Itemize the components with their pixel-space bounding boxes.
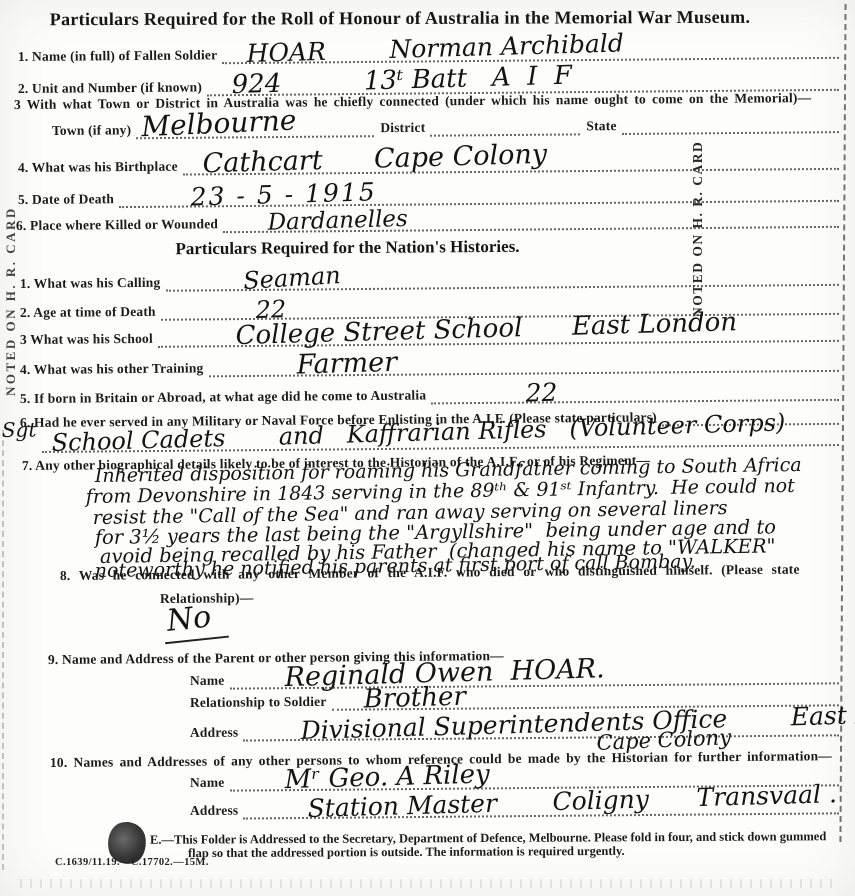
district-label: District [380,120,425,137]
dotted-line: School Cadets and Kaffrarian Rifles (Vol… [42,418,839,453]
handwritten-value: Mʳ Geo. A Riley [284,761,490,793]
dotted-line: College Street School East London [158,318,839,348]
town-district-state-row: Town (if any) Melbourne District State [52,111,839,140]
dotted-line: 23 - 5 - 1915 [119,178,839,208]
dotted-line: Dardanelles [223,204,839,233]
field-label: 2. Age at time of Death [20,304,156,322]
field-other-training: 4. What was his other Training Farmer [20,350,839,379]
dotted-line: Divisional Superintendents Office East L… [243,712,839,741]
handwritten-value: Dardanelles [268,208,409,235]
handwritten-value: Farmer [296,349,397,379]
field-label: 4. What was his other Training [20,361,204,379]
dotted-line [621,109,838,135]
scan-noise [20,879,835,888]
field-label: 5. If born in Britain or Abroad, at what… [20,388,426,408]
handwritten-value: 22 [526,380,558,406]
handwritten-margin-note: Sgt [2,419,37,440]
form-title: Particulars Required for the Roll of Hon… [0,7,800,31]
address-label: Address [190,803,239,820]
handwritten-value: 22 [255,297,286,322]
field-school: 3 What was his School College Street Sch… [20,320,839,349]
left-margin-note: NOTED ON H. R. CARD [3,128,19,396]
handwritten-value: Brother [363,684,466,713]
dotted-line: Farmer [208,348,839,378]
handwritten-value: 23 - 5 - 1915 [191,179,378,209]
field-label: 1. What was his Calling [20,275,161,293]
relationship-label: Relationship to Soldier [190,694,327,712]
handwritten-value: Seaman [242,263,341,293]
state-label: State [586,118,616,135]
prior-service-answer-row: School Cadets and Kaffrarian Rifles (Vol… [42,420,839,453]
address-label: Address [190,725,239,742]
footer-note-line-2: flap so that the addressed portion is ou… [188,844,625,861]
handwritten-no-answer: No [161,598,229,645]
name-label: Name [190,775,225,792]
field-label: 6. Place where Killed or Wounded [16,216,218,235]
field-fallen-soldier-name: 1. Name (in full) of Fallen Soldier HOAR… [18,37,839,66]
dotted-line: HOAR Norman Archibald [222,35,839,64]
field-place-killed: 6. Place where Killed or Wounded Dardane… [16,206,839,235]
dotted-line: Cathcart Cape Colony [183,146,839,176]
town-label: Town (if any) [52,122,132,140]
dotted-line: Station Master Coligny Transvaal . [243,790,839,819]
left-edge-mark [2,430,4,870]
handwritten-value: Cathcart Cape Colony [202,141,547,178]
dotted-line: 22 [431,377,839,405]
handwritten-town: Melbourne [141,106,297,141]
field-label: 5. Date of Death [18,191,114,209]
dotted-line [430,111,580,136]
section-title-nations-histories: Particulars Required for the Nation's Hi… [0,236,695,261]
print-code: C.1639/11.19.—C.17702.—15M. [55,857,209,868]
informant-address-row: Address Divisional Superintendents Offic… [190,714,839,742]
field-label: 4. What was his Birthplace [18,159,178,177]
field-birthplace: 4. What was his Birthplace Cathcart Cape… [18,148,839,177]
scanned-roll-of-honour-form: NOTED ON H. R. CARD NOTED ON H. R. CARD … [0,0,855,896]
name-label: Name [190,673,225,690]
dotted-line: Seaman [165,262,839,292]
field-label: 3 What was his School [20,331,153,349]
field-label: 1. Name (in full) of Fallen Soldier [18,47,218,66]
field-calling: 1. What was his Calling Seaman [20,264,839,293]
dotted-line: Melbourne [136,113,374,139]
reference-address-row: Address Station Master Coligny Transvaal… [190,792,839,820]
